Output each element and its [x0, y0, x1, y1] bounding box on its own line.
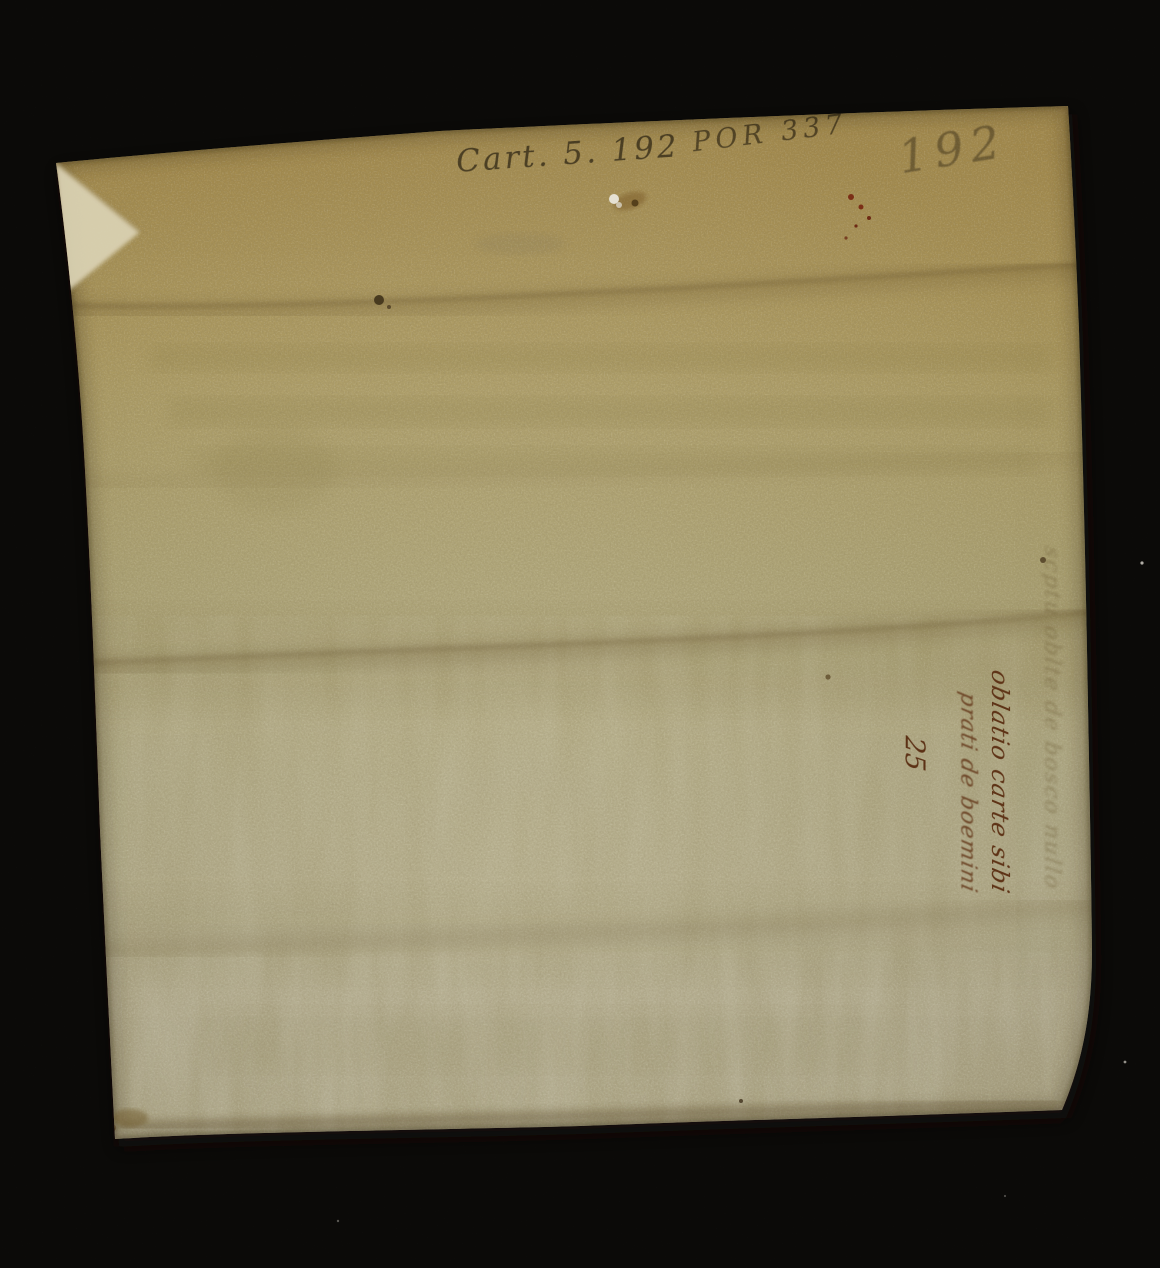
pencil-smudge [475, 233, 565, 255]
parchment-photo [0, 0, 1160, 1268]
parchment-sheet [0, 0, 1160, 1268]
archival-photo-scene: Cart. 5. 192 POR 337 192 scptu oblte de … [0, 0, 1160, 1268]
